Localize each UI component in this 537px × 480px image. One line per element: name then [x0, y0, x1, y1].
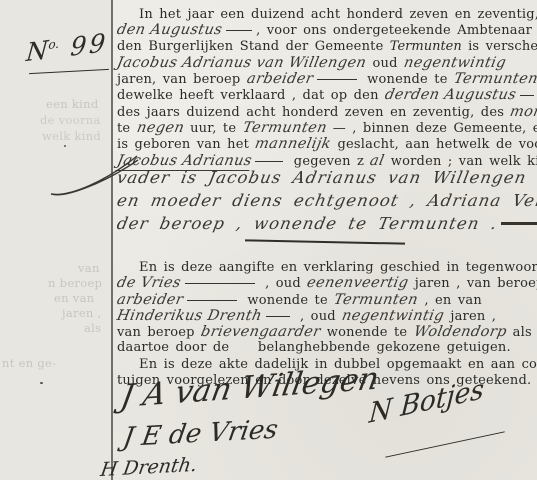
handwritten-entry: derden Augustus — [384, 88, 518, 103]
printed-text: is verschenen : — [462, 39, 537, 54]
handwritten-entry: Woldendorp — [412, 325, 508, 340]
bleedthrough-text: n beroep — [48, 276, 102, 290]
text-line: Hinderikus Drenth , oud negentwintig jar… — [117, 309, 536, 325]
signature-de-vries: J E de Vries — [121, 415, 280, 453]
handwritten-entry: en moeder diens echtgenoot , Adriana Ver… — [115, 193, 537, 210]
act-number-value: 99 — [69, 28, 109, 62]
handwritten-entry: morgens — [509, 105, 537, 120]
text-line: En is deze aangifte en verklaring geschi… — [117, 260, 536, 276]
handwritten-entry: den Augustus — [116, 23, 224, 38]
printed-text: In het jaar een duizend acht honderd zev… — [139, 7, 537, 22]
printed-text-italic: Termunten — [390, 39, 462, 54]
handwritten-entry: der beroep , wonende te Termunten . — [115, 216, 498, 233]
text-line: den Augustus, voor ons ondergeteekende A… — [117, 23, 536, 39]
handwritten-entry: de Vries — [116, 276, 183, 291]
signature-flourish-underline — [385, 431, 505, 457]
document-lines: In het jaar een duizend acht honderd zev… — [117, 7, 536, 390]
act-number-sup: o. — [48, 36, 60, 52]
bleedthrough-text: van — [78, 261, 100, 275]
printed-text: uur, te — [184, 121, 243, 136]
printed-text: als — [506, 325, 532, 340]
bleedthrough-text: een kind — [46, 97, 99, 111]
printed-text: — , binnen deze Gemeente, een kind — [326, 121, 537, 136]
text-line: de Vries , oud eenenveertig jaren , van … — [117, 276, 536, 292]
handwritten-entry: arbeider — [245, 72, 314, 87]
handwritten-entry: eenenveertig — [306, 276, 410, 291]
handwritten-entry: Termunten — [333, 293, 420, 308]
printed-text: den Burgerlijken Stand der Gemeente — [117, 39, 390, 54]
text-line: en moeder diens echtgenoot , Adriana Ver… — [117, 193, 536, 216]
signature-drenth: H Drenth. — [99, 454, 199, 480]
text-line: Jacobus Adrianus van Willengen oud negen… — [117, 56, 536, 72]
printed-text: oud — [366, 56, 404, 71]
printed-text: geslacht, aan hetwelk de voorna — [331, 137, 537, 152]
printed-text: , voor ons ondergeteekende Ambtenaar van — [256, 23, 537, 38]
printed-text: des jaars duizend acht honderd zeven en … — [117, 105, 510, 120]
column-rule — [111, 0, 113, 480]
handwritten-entry: Termunten — [453, 72, 537, 87]
fill-in-dash — [501, 222, 537, 225]
printed-text: wonende te — [361, 72, 454, 87]
printed-text: worden ; van welk kind — [384, 154, 537, 169]
text-line: van beroep brievengaarder wonende te Wol… — [117, 325, 536, 341]
text-line: is geboren van het mannelijk geslacht, a… — [117, 137, 536, 153]
text-line: vader is Jacobus Adrianus van Willengen … — [117, 170, 536, 193]
text-line: In het jaar een duizend acht honderd zev… — [117, 7, 536, 23]
handwritten-entry: negen — [135, 121, 185, 136]
printed-text: belanghebbende gekozene getuigen. — [252, 340, 511, 355]
handwritten-entry: Termunten — [241, 121, 328, 136]
printed-text: van beroep — [117, 325, 201, 340]
text-line — [117, 239, 536, 260]
bleedthrough-text: jaren , — [62, 306, 102, 320]
handwritten-entry: Hinderikus Drenth — [116, 309, 263, 324]
act-number-label: N — [25, 35, 49, 67]
text-line: daartoe door de belanghebbende gekozene … — [117, 341, 536, 357]
ink-speck — [64, 145, 66, 147]
handwritten-entry: brievengaarder — [200, 325, 322, 340]
pen-flourish — [45, 150, 140, 205]
fill-in-dash — [226, 30, 252, 31]
handwritten-entry: arbeider — [116, 293, 185, 308]
text-line: des jaars duizend acht honderd zeven en … — [117, 105, 536, 121]
bleedthrough-text: de voorna — [40, 113, 101, 127]
handwritten-entry: mannelijk — [254, 137, 333, 152]
printed-text: , oud — [294, 309, 342, 324]
text-line: arbeider wonende te Termunten , en van — [117, 293, 536, 309]
ink-speck — [40, 382, 43, 384]
printed-text: dewelke heeft verklaard , dat op den — [117, 88, 385, 103]
fill-in-dash — [520, 95, 534, 96]
text-line: den Burgerlijken Stand der Gemeente Term… — [117, 40, 536, 56]
printed-text: En is deze aangifte en verklaring geschi… — [139, 260, 537, 275]
fill-in-dash — [187, 300, 237, 301]
printed-text: wonende te — [241, 293, 334, 308]
bleedthrough-text: en van — [54, 291, 94, 305]
handwritten-entry: negentwintig — [341, 309, 446, 324]
printed-text: gegeven z — [287, 154, 370, 169]
handwritten-entry: negentwintig — [403, 56, 508, 71]
printed-text: jaren , — [444, 309, 496, 324]
text-line: der beroep , wonende te Termunten . — [117, 216, 536, 239]
printed-text: , oud — [259, 276, 307, 291]
fill-in-dash — [255, 161, 283, 162]
bleedthrough-text: welk kind — [42, 129, 101, 143]
bleedthrough-text: nt en ge- — [2, 356, 56, 370]
blank-gap — [236, 350, 252, 351]
handwritten-entry: vader is Jacobus Adrianus van Willengen … — [115, 170, 537, 187]
printed-text: jaren, van beroep — [117, 72, 247, 87]
fill-in-dash — [266, 316, 290, 317]
printed-text: wonende te — [320, 325, 413, 340]
printed-text: te — [117, 121, 137, 136]
text-line: te negen uur, te Termunten — , binnen de… — [117, 121, 536, 137]
printed-text: daartoe door de — [117, 340, 236, 355]
text-line: dewelke heeft verklaard , dat op den der… — [117, 88, 536, 104]
fill-in-dash — [185, 283, 255, 284]
hand-drawn-line — [245, 239, 405, 244]
printed-text: jaren , van beroep — [408, 276, 537, 291]
fill-in-dash — [317, 79, 357, 80]
printed-text: , en van — [418, 293, 482, 308]
handwritten-entry: Jacobus Adrianus van Willengen — [116, 56, 368, 71]
bleedthrough-text: als — [84, 321, 101, 335]
